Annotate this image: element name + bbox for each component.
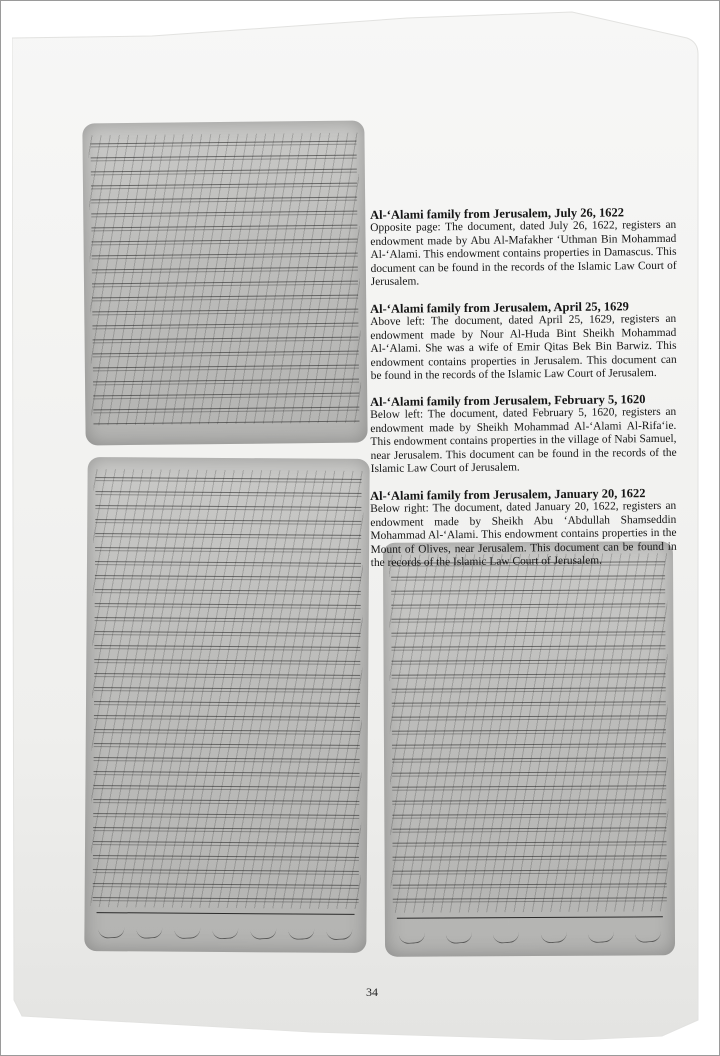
manuscript-image-above-left [82, 121, 367, 446]
book-page: Al-‘Alami family from Jerusalem, July 26… [12, 10, 706, 1040]
captions-column: Al-‘Alami family from Jerusalem, July 26… [370, 208, 676, 582]
manuscript-image-below-left [84, 457, 369, 953]
signature-line [397, 916, 663, 919]
signature-line [97, 912, 355, 915]
witness-signatures [98, 917, 352, 945]
caption-body: Opposite page: The document, dated July … [370, 219, 677, 290]
witness-signatures [399, 921, 661, 948]
caption-body: Above left: The document, dated April 25… [370, 312, 677, 383]
caption-entry: Al-‘Alami family from Jerusalem, Februar… [370, 392, 677, 477]
page-number: 34 [366, 985, 378, 1000]
caption-body: Below right: The document, dated January… [370, 499, 677, 570]
caption-entry: Al-‘Alami family from Jerusalem, January… [370, 485, 677, 570]
caption-body: Below left: The document, dated February… [370, 406, 677, 477]
caption-entry: Al-‘Alami family from Jerusalem, April 2… [370, 298, 677, 383]
manuscript-image-below-right [383, 541, 675, 957]
caption-entry: Al-‘Alami family from Jerusalem, July 26… [370, 205, 677, 290]
